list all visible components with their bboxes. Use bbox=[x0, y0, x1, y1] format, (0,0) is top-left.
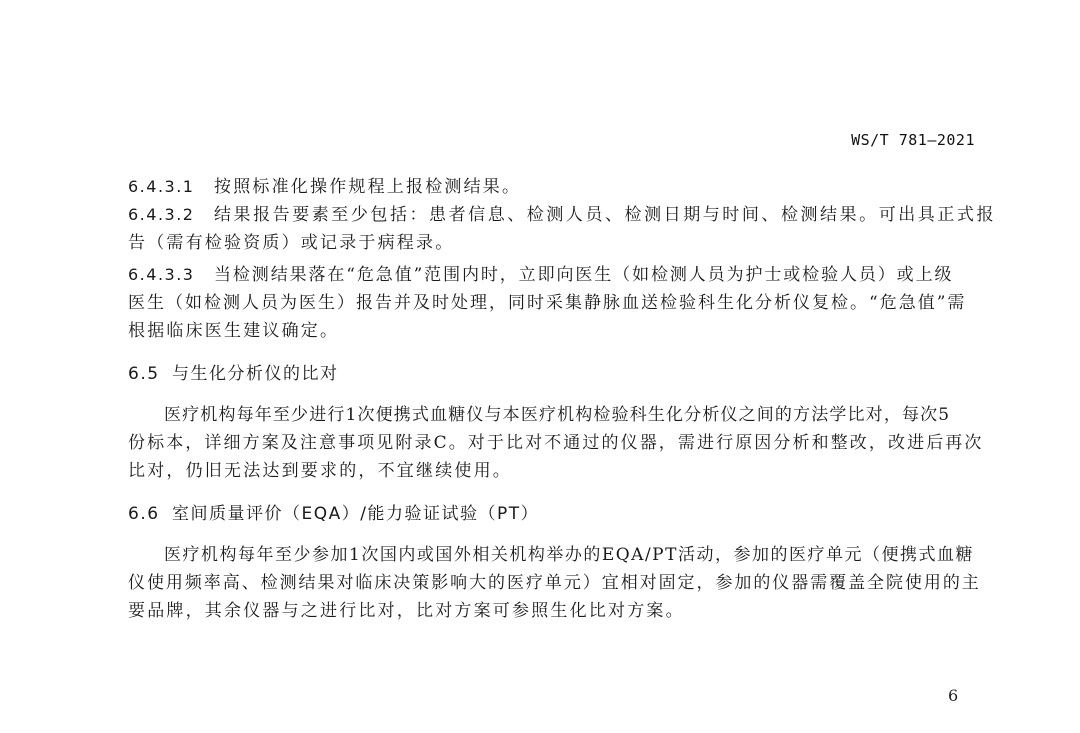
clause-text: 按照标准化操作规程上报检测结果。 bbox=[214, 177, 521, 197]
section-6-6-paragraph-line-3: 要品牌，其余仪器与之进行比对，比对方案可参照生化比对方案。 bbox=[128, 600, 685, 622]
section-6-5-paragraph-line-3: 比对，仍旧无法达到要求的，不宜继续使用。 bbox=[128, 460, 512, 482]
clause-number: 6.4.3.3 bbox=[128, 264, 214, 286]
section-number: 6.5 bbox=[128, 363, 172, 385]
clause-number: 6.4.3.2 bbox=[128, 204, 214, 226]
clause-text: 告（需有检验资质）或记录于病程录。 bbox=[128, 233, 454, 253]
clause-6-4-3-3-cont-1: 医生（如检测人员为医生）报告并及时处理，同时采集静脉血送检验科生化分析仪复检。“… bbox=[128, 292, 966, 314]
clause-text: 结果报告要素至少包括：患者信息、检测人员、检测日期与时间、检测结果。可出具正式报 bbox=[214, 205, 996, 225]
clause-6-4-3-2: 6.4.3.2结果报告要素至少包括：患者信息、检测人员、检测日期与时间、检测结果… bbox=[128, 204, 996, 226]
clause-6-4-3-3-cont-2: 根据临床医生建议确定。 bbox=[128, 320, 339, 342]
paragraph-text: 要品牌，其余仪器与之进行比对，比对方案可参照生化比对方案。 bbox=[128, 601, 685, 621]
section-heading-6-5: 6.5与生化分析仪的比对 bbox=[128, 363, 339, 385]
clause-6-4-3-3: 6.4.3.3当检测结果落在“危急值”范围内时，立即向医生（如检测人员为护士或检… bbox=[128, 264, 953, 286]
paragraph-text: 比对，仍旧无法达到要求的，不宜继续使用。 bbox=[128, 461, 512, 481]
paragraph-text: 医疗机构每年至少参加1次国内或国外相关机构举办的EQA/PT活动，参加的医疗单元… bbox=[164, 545, 974, 565]
clause-text: 当检测结果落在“危急值”范围内时，立即向医生（如检测人员为护士或检验人员）或上级 bbox=[214, 265, 953, 285]
clause-6-4-3-1: 6.4.3.1按照标准化操作规程上报检测结果。 bbox=[128, 176, 521, 198]
clause-6-4-3-2-cont: 告（需有检验资质）或记录于病程录。 bbox=[128, 232, 454, 254]
paragraph-text: 份标本，详细方案及注意事项见附录C。对于比对不通过的仪器，需进行原因分析和整改，… bbox=[128, 433, 984, 453]
page-number: 6 bbox=[948, 686, 958, 705]
section-title: 与生化分析仪的比对 bbox=[172, 364, 339, 384]
clause-text: 医生（如检测人员为医生）报告并及时处理，同时采集静脉血送检验科生化分析仪复检。“… bbox=[128, 293, 966, 313]
standard-code: WS/T 781—2021 bbox=[851, 131, 975, 149]
page-header: WS/T 781—2021 bbox=[851, 131, 975, 149]
section-6-5-paragraph-line-2: 份标本，详细方案及注意事项见附录C。对于比对不通过的仪器，需进行原因分析和整改，… bbox=[128, 432, 984, 454]
section-6-5-paragraph-line-1: 医疗机构每年至少进行1次便携式血糖仪与本医疗机构检验科生化分析仪之间的方法学比对… bbox=[128, 404, 950, 426]
section-heading-6-6: 6.6室间质量评价（EQA）/能力验证试验（PT） bbox=[128, 503, 539, 525]
clause-number: 6.4.3.1 bbox=[128, 176, 214, 198]
section-title: 室间质量评价（EQA）/能力验证试验（PT） bbox=[172, 504, 539, 524]
section-6-6-paragraph-line-2: 仪使用频率高、检测结果对临床决策影响大的医疗单元）宜相对固定，参加的仪器需覆盖全… bbox=[128, 572, 981, 594]
section-6-6-paragraph-line-1: 医疗机构每年至少参加1次国内或国外相关机构举办的EQA/PT活动，参加的医疗单元… bbox=[128, 544, 974, 566]
paragraph-text: 仪使用频率高、检测结果对临床决策影响大的医疗单元）宜相对固定，参加的仪器需覆盖全… bbox=[128, 573, 981, 593]
clause-text: 根据临床医生建议确定。 bbox=[128, 321, 339, 341]
paragraph-text: 医疗机构每年至少进行1次便携式血糖仪与本医疗机构检验科生化分析仪之间的方法学比对… bbox=[164, 405, 950, 425]
section-number: 6.6 bbox=[128, 503, 172, 525]
